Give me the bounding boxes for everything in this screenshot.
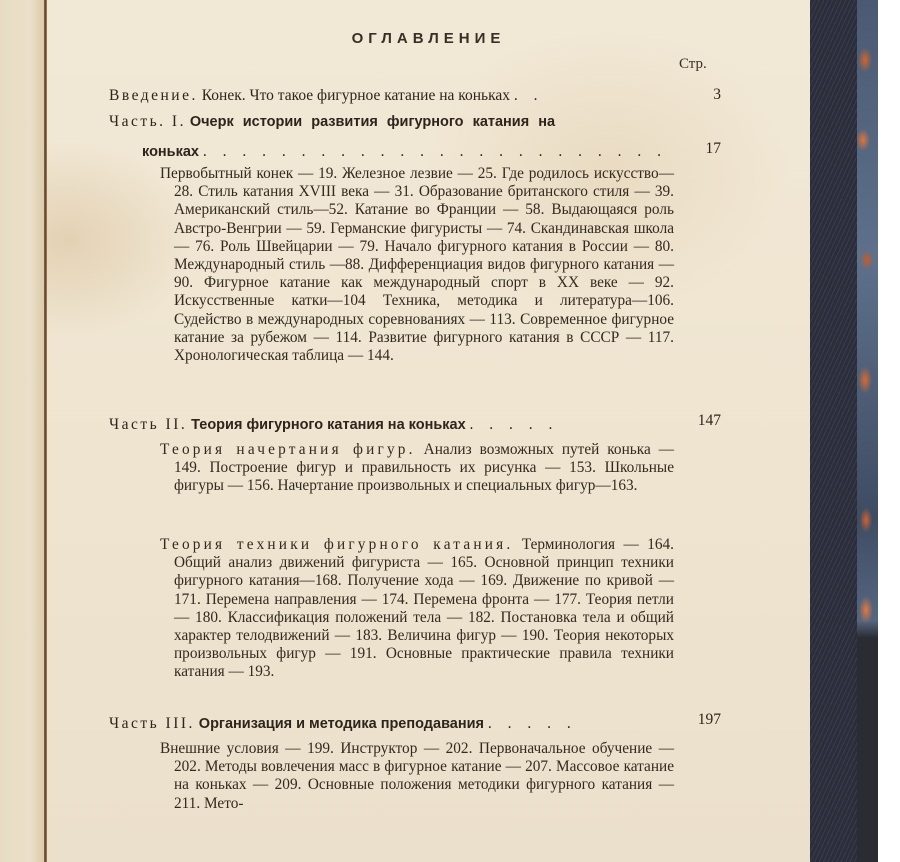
entry-heading: Теория фигурного катания на коньках bbox=[191, 417, 466, 433]
table-of-contents: ОГЛАВЛЕНИЕ Стр. Введение. Конек. Что так… bbox=[47, 0, 810, 862]
facing-page-edge bbox=[0, 0, 44, 862]
subsection-text: Терминология — 164. Общий анализ движени… bbox=[174, 536, 674, 680]
book-page: ОГЛАВЛЕНИЕ Стр. Введение. Конек. Что так… bbox=[47, 0, 810, 862]
entry-page-number: 17 bbox=[691, 140, 721, 158]
toc-entry-part-2: Часть II. Теория фигурного катания на ко… bbox=[109, 415, 697, 435]
toc-entry-introduction: Введение. Конек. Что такое фигурное ката… bbox=[109, 86, 697, 105]
entry-heading: Очерк истории развития фигурного катания… bbox=[190, 114, 555, 130]
entry-prefix: Введение. bbox=[109, 87, 198, 104]
entry-leader-dots: . . . . . . . . . . . . . . . . . . . . … bbox=[203, 143, 667, 160]
entry-leader-dots: . . . . . bbox=[488, 715, 577, 732]
entry-prefix: Часть III. bbox=[109, 715, 195, 732]
marbled-cover-edge bbox=[857, 0, 878, 862]
toc-subsection-part-1: Первобытный конек — 19. Железное лезвие … bbox=[160, 165, 674, 365]
toc-subsection-part-3: Внешние условия — 199. Инструктор — 202.… bbox=[160, 740, 674, 813]
book-cover-binding bbox=[810, 0, 857, 862]
entry-prefix: Часть II. bbox=[109, 416, 187, 433]
page-column-label: Стр. bbox=[679, 56, 707, 73]
toc-subsection-part-2a: Теория начертания фигур. Анализ возможны… bbox=[160, 441, 674, 496]
entry-page-number: 147 bbox=[691, 412, 721, 430]
subsection-lead: Теория техники фигурного катания. bbox=[160, 536, 513, 553]
toc-subsection-part-2b: Теория техники фигурного катания. Термин… bbox=[160, 536, 674, 682]
entry-page-number: 3 bbox=[691, 86, 721, 104]
entry-prefix: Часть. I. bbox=[109, 113, 186, 130]
entry-leader-dots: . . bbox=[514, 87, 544, 104]
entry-page-number: 197 bbox=[691, 711, 721, 729]
entry-heading-continued: коньках bbox=[142, 144, 199, 160]
page-title: ОГЛАВЛЕНИЕ bbox=[47, 30, 810, 47]
toc-entry-part-1-cont: коньках . . . . . . . . . . . . . . . . … bbox=[142, 142, 697, 162]
entry-leader-dots: . . . . . bbox=[470, 416, 559, 433]
toc-entry-part-3: Часть III. Организация и методика препод… bbox=[109, 714, 697, 734]
entry-heading: Организация и методика преподавания bbox=[199, 716, 484, 732]
subsection-lead: Теория начертания фигур. bbox=[160, 441, 416, 458]
entry-heading: Конек. Что такое фигурное катание на кон… bbox=[202, 87, 510, 104]
toc-entry-part-1: Часть. I. Очерк истории развития фигурно… bbox=[109, 112, 697, 132]
